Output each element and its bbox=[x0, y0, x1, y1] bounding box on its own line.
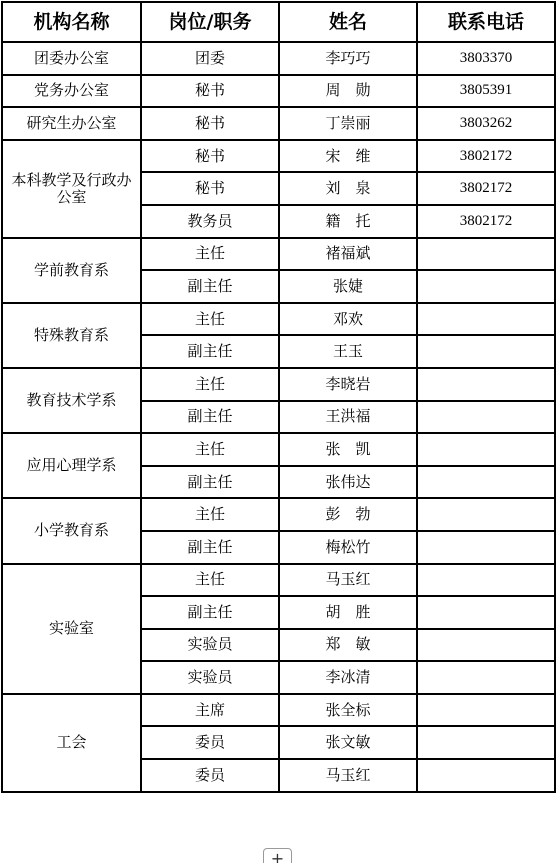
phone-cell bbox=[417, 759, 555, 792]
position-cell: 秘书 bbox=[141, 172, 279, 205]
table-row: 工会主席张全标 bbox=[2, 694, 555, 727]
table-row: 实验室主任马玉红 bbox=[2, 564, 555, 597]
table-row: 研究生办公室秘书丁崇丽3803262 bbox=[2, 107, 555, 140]
name-cell: 褚福斌 bbox=[279, 238, 417, 271]
name-cell: 李冰清 bbox=[279, 661, 417, 694]
position-cell: 副主任 bbox=[141, 466, 279, 499]
name-cell: 邓欢 bbox=[279, 303, 417, 336]
phone-cell bbox=[417, 401, 555, 434]
position-cell: 主任 bbox=[141, 433, 279, 466]
name-cell: 梅松竹 bbox=[279, 531, 417, 564]
table-row: 特殊教育系主任邓欢 bbox=[2, 303, 555, 336]
phone-cell: 3802172 bbox=[417, 172, 555, 205]
position-cell: 实验员 bbox=[141, 661, 279, 694]
header-position: 岗位/职务 bbox=[141, 2, 279, 42]
table-row: 本科教学及行政办公室秘书宋 维3802172 bbox=[2, 140, 555, 173]
table-row: 党务办公室秘书周 勋3805391 bbox=[2, 75, 555, 108]
name-cell: 马玉红 bbox=[279, 564, 417, 597]
position-cell: 副主任 bbox=[141, 401, 279, 434]
org-cell: 本科教学及行政办公室 bbox=[2, 140, 141, 238]
position-cell: 主任 bbox=[141, 303, 279, 336]
phone-cell bbox=[417, 303, 555, 336]
phone-cell: 3803370 bbox=[417, 42, 555, 75]
header-name: 姓名 bbox=[279, 2, 417, 42]
position-cell: 团委 bbox=[141, 42, 279, 75]
phone-cell bbox=[417, 270, 555, 303]
name-cell: 周 勋 bbox=[279, 75, 417, 108]
position-cell: 主席 bbox=[141, 694, 279, 727]
phone-cell bbox=[417, 726, 555, 759]
phone-cell: 3802172 bbox=[417, 140, 555, 173]
org-cell: 实验室 bbox=[2, 564, 141, 694]
table-row: 应用心理学系主任张 凯 bbox=[2, 433, 555, 466]
position-cell: 主任 bbox=[141, 238, 279, 271]
table-header-row: 机构名称 岗位/职务 姓名 联系电话 bbox=[2, 2, 555, 42]
position-cell: 实验员 bbox=[141, 629, 279, 662]
phone-cell bbox=[417, 335, 555, 368]
org-cell: 特殊教育系 bbox=[2, 303, 141, 368]
position-cell: 副主任 bbox=[141, 270, 279, 303]
phone-cell bbox=[417, 531, 555, 564]
phone-cell: 3802172 bbox=[417, 205, 555, 238]
position-cell: 教务员 bbox=[141, 205, 279, 238]
org-cell: 团委办公室 bbox=[2, 42, 141, 75]
position-cell: 副主任 bbox=[141, 596, 279, 629]
phone-cell: 3805391 bbox=[417, 75, 555, 108]
phone-cell bbox=[417, 466, 555, 499]
name-cell: 李晓岩 bbox=[279, 368, 417, 401]
name-cell: 王玉 bbox=[279, 335, 417, 368]
name-cell: 张全标 bbox=[279, 694, 417, 727]
org-cell: 工会 bbox=[2, 694, 141, 792]
position-cell: 主任 bbox=[141, 564, 279, 597]
name-cell: 胡 胜 bbox=[279, 596, 417, 629]
name-cell: 郑 敏 bbox=[279, 629, 417, 662]
org-cell: 小学教育系 bbox=[2, 498, 141, 563]
table-row: 小学教育系主任彭 勃 bbox=[2, 498, 555, 531]
org-cell: 党务办公室 bbox=[2, 75, 141, 108]
name-cell: 张 凯 bbox=[279, 433, 417, 466]
name-cell: 张文敏 bbox=[279, 726, 417, 759]
name-cell: 李巧巧 bbox=[279, 42, 417, 75]
phone-cell: 3803262 bbox=[417, 107, 555, 140]
header-phone: 联系电话 bbox=[417, 2, 555, 42]
phone-cell bbox=[417, 238, 555, 271]
position-cell: 委员 bbox=[141, 726, 279, 759]
contacts-table: 机构名称 岗位/职务 姓名 联系电话 团委办公室团委李巧巧3803370党务办公… bbox=[1, 1, 556, 793]
org-cell: 应用心理学系 bbox=[2, 433, 141, 498]
name-cell: 丁崇丽 bbox=[279, 107, 417, 140]
table-row: 教育技术学系主任李晓岩 bbox=[2, 368, 555, 401]
phone-cell bbox=[417, 498, 555, 531]
header-org: 机构名称 bbox=[2, 2, 141, 42]
org-cell: 教育技术学系 bbox=[2, 368, 141, 433]
phone-cell bbox=[417, 596, 555, 629]
table-row: 团委办公室团委李巧巧3803370 bbox=[2, 42, 555, 75]
table-row: 学前教育系主任褚福斌 bbox=[2, 238, 555, 271]
position-cell: 秘书 bbox=[141, 107, 279, 140]
add-row-button[interactable]: + bbox=[263, 848, 292, 863]
phone-cell bbox=[417, 368, 555, 401]
position-cell: 秘书 bbox=[141, 140, 279, 173]
phone-cell bbox=[417, 564, 555, 597]
phone-cell bbox=[417, 629, 555, 662]
phone-cell bbox=[417, 433, 555, 466]
phone-cell bbox=[417, 661, 555, 694]
org-cell: 研究生办公室 bbox=[2, 107, 141, 140]
name-cell: 王洪福 bbox=[279, 401, 417, 434]
name-cell: 张婕 bbox=[279, 270, 417, 303]
name-cell: 彭 勃 bbox=[279, 498, 417, 531]
phone-cell bbox=[417, 694, 555, 727]
position-cell: 委员 bbox=[141, 759, 279, 792]
position-cell: 副主任 bbox=[141, 531, 279, 564]
name-cell: 刘 泉 bbox=[279, 172, 417, 205]
name-cell: 张伟达 bbox=[279, 466, 417, 499]
position-cell: 主任 bbox=[141, 368, 279, 401]
name-cell: 籍 托 bbox=[279, 205, 417, 238]
position-cell: 主任 bbox=[141, 498, 279, 531]
name-cell: 宋 维 bbox=[279, 140, 417, 173]
position-cell: 副主任 bbox=[141, 335, 279, 368]
table-body: 团委办公室团委李巧巧3803370党务办公室秘书周 勋3805391研究生办公室… bbox=[2, 42, 555, 792]
position-cell: 秘书 bbox=[141, 75, 279, 108]
org-cell: 学前教育系 bbox=[2, 238, 141, 303]
name-cell: 马玉红 bbox=[279, 759, 417, 792]
